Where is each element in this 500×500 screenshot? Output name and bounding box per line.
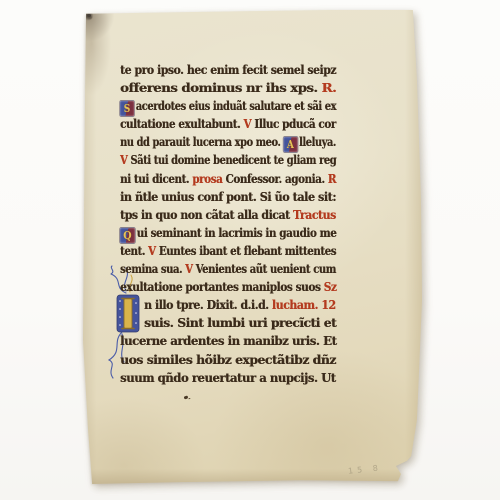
manuscript-line: tps in quo non cãtat alla dicat Tractus: [120, 205, 336, 223]
body-text: Venientes aũt uenient cum: [196, 261, 336, 276]
manuscript-line: in ñtle unius conf pont. Si ũo tale sit:: [120, 187, 336, 205]
rubric-text: Tractus: [293, 207, 336, 222]
body-text: ni tui dicent.: [120, 171, 192, 186]
line-text: lucerne ardentes in manibz uris. Et: [120, 331, 336, 350]
manuscript-line: semina sua. V Venientes aũt uenient cum: [120, 259, 336, 277]
line-text: tps in quo non cãtat alla dicat Tractus: [120, 205, 336, 224]
corner-wormhole-mark: [87, 14, 91, 17]
body-text: lleluya.: [299, 134, 336, 149]
body-text: Sãti tui domine benedicent te gliam reg: [130, 152, 336, 167]
body-text: uos similes hõibz expectãtibz dñz: [120, 352, 336, 367]
body-text: tps in quo non cãtat alla dicat: [120, 207, 293, 222]
manuscript-line: V Sãti tui domine benedicent te gliam re…: [120, 150, 336, 168]
rubric-text: R.: [322, 80, 337, 95]
body-text: Euntes ibant et flebant mittentes: [159, 243, 336, 258]
rubric-text: V: [185, 261, 195, 276]
manuscript-line: te pro ipso. hec enim fecit semel seipz: [120, 60, 336, 78]
line-text: offerens dominus nr ihs xps. R.: [120, 78, 336, 97]
rubric-text: prosa: [192, 171, 225, 186]
line-text: semina sua. V Venientes aũt uenient cum: [120, 259, 336, 278]
manuscript-line: uos similes hõibz expectãtibz dñz: [120, 350, 336, 368]
line-text: V Sãti tui domine benedicent te gliam re…: [120, 150, 336, 169]
line-text: cultatione exultabunt. V Illuc pducã cor: [120, 114, 336, 133]
manuscript-line: Sacerdotes eius induãt salutare et sãi e…: [120, 96, 336, 114]
rubric-text: R: [328, 171, 336, 186]
body-text: exultatione portantes maniplos suos: [120, 279, 324, 294]
line-text: n illo tpre. Dixit. d.i.d. lucham. 12: [144, 295, 336, 314]
line-text: Qui seminant in lacrimis in gaudio me: [120, 223, 336, 243]
photo-background: te pro ipso. hec enim fecit semel seipzo…: [0, 0, 500, 500]
body-text: Confessor. agonia.: [225, 171, 327, 186]
body-text: acerdotes eius induãt salutare et sãi ex: [136, 98, 336, 113]
manuscript-line: cultatione exultabunt. V Illuc pducã cor: [120, 114, 336, 132]
body-text: suis. Sint lumbi uri precĩcti et: [144, 315, 336, 330]
vellum-surface: te pro ipso. hec enim fecit semel seipzo…: [83, 10, 422, 484]
line-text: in ñtle unius conf pont. Si ũo tale sit:: [120, 187, 336, 206]
line-text: uos similes hõibz expectãtibz dñz: [120, 350, 336, 369]
body-text: Illuc pducã cor: [254, 116, 335, 131]
text-block: te pro ipso. hec enim fecit semel seipzo…: [120, 60, 336, 386]
line-text: ni tui dicent. prosa Confessor. agonia. …: [120, 169, 336, 188]
rubric-text: V: [148, 243, 159, 258]
manuscript-line: offerens dominus nr ihs xps. R.: [120, 78, 336, 96]
line-text: suum qñdo reuertatur a nupcijs. Ut: [120, 368, 336, 387]
manuscript-line: nu dd parauit lucerna xpo meo. Alleluya.: [120, 132, 336, 150]
manuscript-line: exultatione portantes maniplos suos Sz: [120, 277, 336, 295]
body-text: suum qñdo reuertatur a nupcijs. Ut: [120, 370, 336, 385]
body-text: tent.: [120, 243, 148, 258]
manuscript-line: Qui seminant in lacrimis in gaudio me: [120, 223, 336, 241]
manuscript-line: n illo tpre. Dixit. d.i.d. lucham. 12: [120, 295, 336, 313]
body-text: n illo tpre. Dixit. d.i.d.: [144, 297, 272, 312]
body-text: lucerne ardentes in manibz uris. Et: [120, 333, 336, 348]
rubric-text: V: [120, 152, 130, 167]
body-text: cultatione exultabunt.: [120, 116, 243, 131]
manuscript-line: tent. V Euntes ibant et flebant mittente…: [120, 241, 336, 259]
body-text: in ñtle unius conf pont. Si ũo tale sit:: [120, 189, 336, 204]
line-text: tent. V Euntes ibant et flebant mittente…: [120, 241, 336, 260]
small-ink-mark: [184, 396, 189, 400]
line-text: nu dd parauit lucerna xpo meo. Alleluya.: [120, 132, 336, 152]
body-text: te pro ipso. hec enim fecit semel seipz: [120, 62, 336, 77]
line-text: Sacerdotes eius induãt salutare et sãi e…: [120, 96, 336, 116]
manuscript-leaf: te pro ipso. hec enim fecit semel seipzo…: [83, 10, 422, 484]
body-text: semina sua.: [120, 261, 185, 276]
line-text: suis. Sint lumbi uri precĩcti et: [144, 313, 336, 332]
rubric-text: V: [243, 116, 254, 131]
body-text: nu dd parauit lucerna xpo meo.: [120, 134, 283, 149]
pencil-inscription: 15 8: [348, 463, 383, 475]
body-text: offerens dominus nr ihs xps.: [120, 80, 322, 95]
rubric-text: Sz: [324, 279, 337, 294]
manuscript-line: suum qñdo reuertatur a nupcijs. Ut: [120, 368, 336, 386]
line-text: te pro ipso. hec enim fecit semel seipz: [120, 60, 336, 79]
body-text: ui seminant in lacrimis in gaudio me: [137, 225, 337, 240]
line-text: exultatione portantes maniplos suos Sz: [120, 277, 336, 296]
manuscript-line: ni tui dicent. prosa Confessor. agonia. …: [120, 169, 336, 187]
manuscript-line: suis. Sint lumbi uri precĩcti et: [120, 313, 336, 331]
manuscript-line: lucerne ardentes in manibz uris. Et: [120, 331, 336, 349]
rubric-text: lucham. 12: [272, 297, 336, 312]
